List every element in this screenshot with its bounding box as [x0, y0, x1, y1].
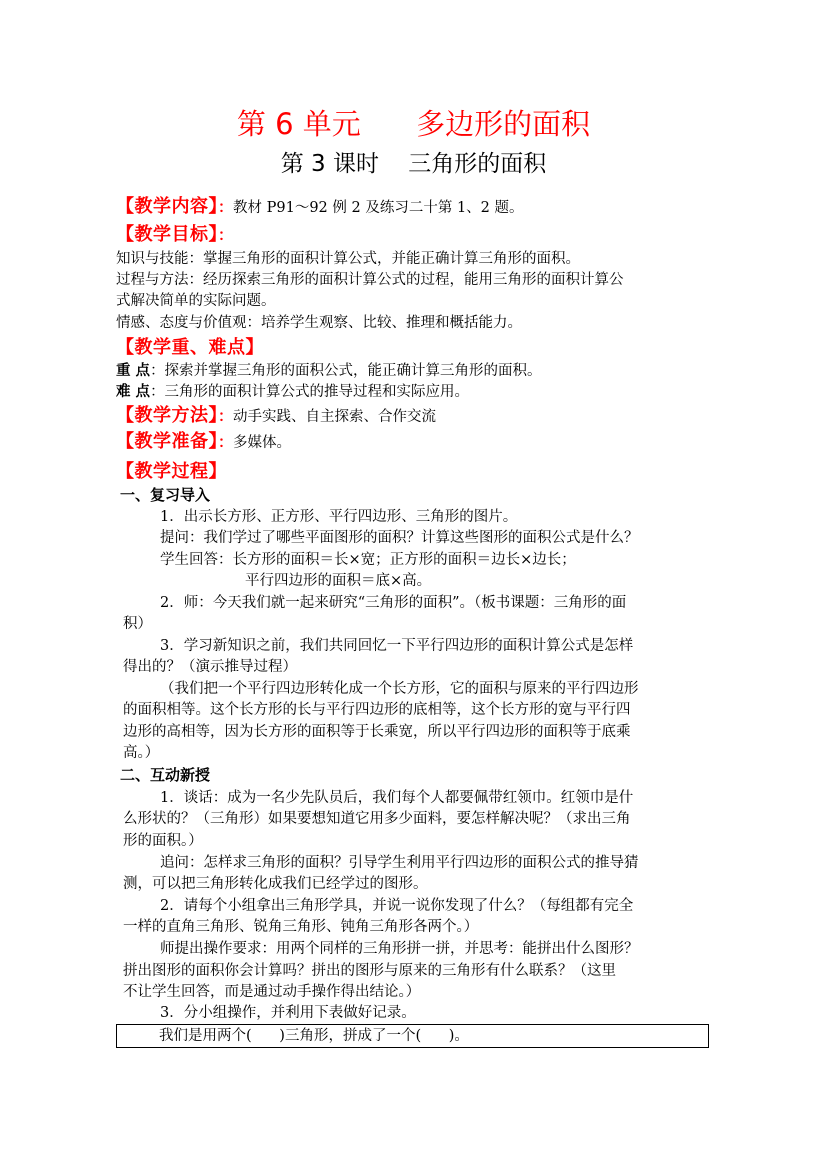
part2-line: 2．请每个小组拿出三角形学具，并说一说你发现了什么？（每组都有完全 [160, 896, 760, 917]
part2-line: 么形状的？（三角形）如果要想知道它用多少面料，要怎样解决呢？（求出三角 [123, 809, 723, 830]
preparation-row: 【教学准备】：多媒体。 [116, 431, 716, 454]
method-heading: 【教学方法】 [116, 405, 218, 426]
objectives-colon: ： [218, 226, 233, 244]
process-heading: 【教学过程】 [116, 461, 227, 482]
part2-line: 拼出图形的面积你会计算吗？拼出的图形与原来的三角形有什么联系？（这里 [123, 961, 723, 982]
record-table-row: 我们是用两个( )三角形，拼成了一个( )。 [159, 1026, 469, 1047]
preparation-text: 多媒体。 [233, 435, 291, 451]
document-page: 第 6 单元 多边形的面积 第 3 课时 三角形的面积 【教学内容】：教材 P9… [0, 0, 827, 1169]
objectives-heading: 【教学目标】 [116, 224, 218, 245]
part2-line: 1．谈话：成为一名少先队员后，我们每个人都要佩带红领巾。红领巾是什 [160, 788, 760, 809]
content-colon: ： [218, 198, 233, 216]
part1-line: 学生回答：长方形的面积＝长×宽；正方形的面积＝边长×边长； [160, 550, 760, 571]
part1-line: 得出的？（演示推导过程） [123, 657, 723, 678]
part1-line: （我们把一个平行四边形转化成一个长方形，它的面积与原来的平行四边形 [160, 679, 760, 700]
part1-title: 一、复习导入 [120, 485, 720, 506]
part2-line: 不让学生回答，而是通过动手操作得出结论。） [123, 982, 723, 1003]
part1-line: 高。） [123, 743, 723, 764]
content-text: 教材 P91～92 例 2 及练习二十第 1、2 题。 [233, 200, 524, 216]
key-points-heading: 【教学重、难点】 [116, 337, 264, 358]
part1-line: 提问：我们学过了哪些平面图形的面积？计算这些图形的面积公式是什么？ [160, 528, 760, 549]
difficult-point-label: 难 点 [116, 384, 150, 400]
part2-line: 师提出操作要求：用两个同样的三角形拼一拼，并思考：能拼出什么图形？ [160, 939, 760, 960]
record-table: 我们是用两个( )三角形，拼成了一个( )。 [116, 1024, 709, 1048]
preparation-colon: ： [218, 433, 233, 451]
preparation-heading: 【教学准备】 [116, 431, 218, 452]
process-heading-row: 【教学过程】 [116, 461, 716, 484]
difficult-point-row: 难 点：三角形的面积计算公式的推导过程和实际应用。 [116, 382, 716, 403]
content-row: 【教学内容】：教材 P91～92 例 2 及练习二十第 1、2 题。 [116, 196, 716, 219]
key-point-label: 重 点 [116, 363, 150, 379]
key-point-text: ：探索并掌握三角形的面积公式，能正确计算三角形的面积。 [150, 363, 542, 379]
method-text: 动手实践、自主探索、合作交流 [233, 409, 436, 425]
part2-line: 测，可以把三角形转化成我们已经学过的图形。 [123, 874, 723, 895]
part1-line: 边形的高相等，因为长方形的面积等于长乘宽，所以平行四边形的面积等于底乘 [123, 722, 723, 743]
part1-line: 2．师：今天我们就一起来研究“三角形的面积”。（板书课题：三角形的面 [160, 593, 760, 614]
part1-line: 的面积相等。这个长方形的长与平行四边形的底相等，这个长方形的宽与平行四 [123, 700, 723, 721]
method-row: 【教学方法】：动手实践、自主探索、合作交流 [116, 405, 716, 428]
part1-line: 积） [123, 614, 723, 635]
part2-line: 形的面积。） [123, 831, 723, 852]
lesson-title: 第 3 课时 三角形的面积 [0, 147, 827, 181]
part2-line: 3．分小组操作，并利用下表做好记录。 [160, 1003, 760, 1024]
objective-line: 过程与方法：经历探索三角形的面积计算公式的过程，能用三角形的面积计算公 [116, 270, 716, 291]
part1-line: 平行四边形的面积＝底×高。 [245, 571, 827, 592]
part1-line: 3．学习新知识之前，我们共同回忆一下平行四边形的面积计算公式是怎样 [160, 636, 760, 657]
unit-title: 第 6 单元 多边形的面积 [0, 104, 827, 144]
method-colon: ： [218, 407, 233, 425]
part2-line: 一样的直角三角形、锐角三角形、钝角三角形各两个。） [123, 917, 723, 938]
objective-line: 情感、态度与价值观：培养学生观察、比较、推理和概括能力。 [116, 313, 716, 334]
part1-line: 1．出示长方形、正方形、平行四边形、三角形的图片。 [160, 507, 760, 528]
key-point-row: 重 点：探索并掌握三角形的面积公式，能正确计算三角形的面积。 [116, 361, 716, 382]
objective-line: 知识与技能：掌握三角形的面积计算公式，并能正确计算三角形的面积。 [116, 249, 716, 270]
key-points-heading-row: 【教学重、难点】 [116, 337, 716, 360]
part2-title: 二、互动新授 [120, 765, 720, 786]
difficult-point-text: ：三角形的面积计算公式的推导过程和实际应用。 [150, 384, 469, 400]
objective-line: 式解决简单的实际问题。 [116, 291, 716, 312]
objectives-heading-row: 【教学目标】： [116, 224, 716, 247]
content-heading: 【教学内容】 [116, 196, 218, 217]
part2-line: 追问：怎样求三角形的面积？引导学生利用平行四边形的面积公式的推导猜 [160, 853, 760, 874]
